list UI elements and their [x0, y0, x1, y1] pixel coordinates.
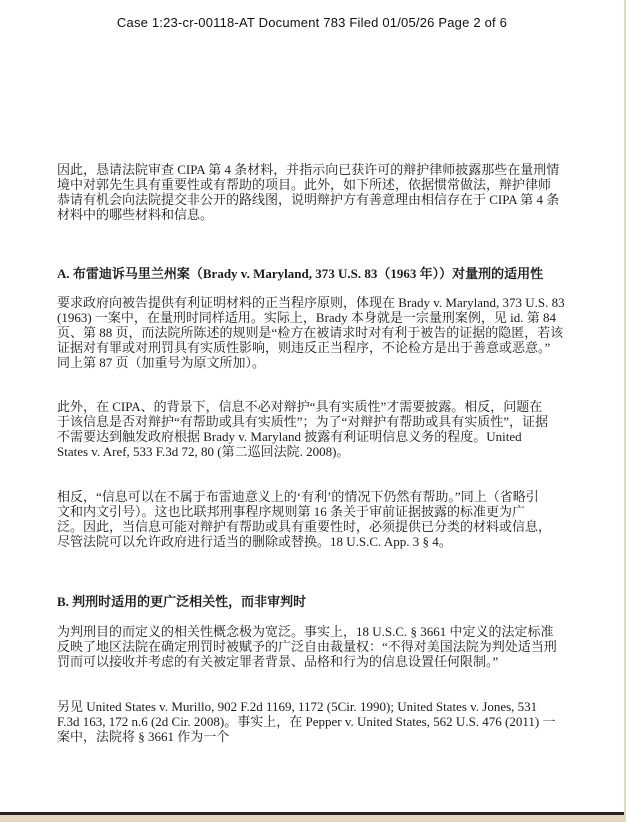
text-line: 因此，恳请法院审查 CIPA 第 4 条材料，并指示向已获许可的辩护律师披露那些… — [57, 162, 573, 177]
text-line: 案中，法院将 § 3661 作为一个 — [57, 729, 573, 744]
text-line: 反映了地区法院在确定刑罚时被赋予的广泛自由裁量权：“不得对美国法院为判处适当刑 — [57, 639, 573, 654]
text-line: 恭请有机会向法院提交非公开的路线图，说明辩护方有善意理由相信存在于 CIPA 第… — [57, 192, 573, 207]
text-line: (1963) 一案中，在量刑时同样适用。实际上，Brady 本身就是一宗量刑案例… — [57, 310, 573, 325]
paragraph: 相反，“信息可以在不属于布雷迪意义上的‘有利’的情况下仍然有帮助。”同上（省略引… — [57, 489, 573, 549]
document-body: 因此，恳请法院审查 CIPA 第 4 条材料，并指示向已获许可的辩护律师披露那些… — [57, 162, 573, 744]
text-line: 文和内文引号）。这也比联邦刑事程序规则第 16 条关于审前证据披露的标准更为广 — [57, 504, 573, 519]
section-heading-a: A. 布雷迪诉马里兰州案（Brady v. Maryland, 373 U.S.… — [57, 266, 573, 281]
text-line: 不需要达到触发政府根据 Brady v. Maryland 披露有利证明信息义务… — [57, 429, 573, 444]
text-line: 此外，在 CIPA、的背景下，信息不必对辩护“具有实质性”才需要披露。相反，问题… — [57, 399, 573, 414]
text-line: 另见 United States v. Murillo, 902 F.2d 11… — [57, 699, 573, 714]
text-line: 页、第 88 页，而法院所陈述的规则是“检方在被请求时对有利于被告的证据的隐匿，… — [57, 325, 573, 340]
text-line: 相反，“信息可以在不属于布雷迪意义上的‘有利’的情况下仍然有帮助。”同上（省略引 — [57, 489, 573, 504]
text-line: 为判刑目的而定义的相关性概念极为宽泛。事实上，18 U.S.C. § 3661 … — [57, 624, 573, 639]
case-caption-header: Case 1:23-cr-00118-AT Document 783 Filed… — [0, 15, 624, 30]
text-line: 证据对有罪或对刑罚具有实质性影响，则违反正当程序，不论检方是出于善意或恶意。” — [57, 340, 573, 355]
section-heading-b: B. 判刑时适用的更广泛相关性，而非审判时 — [57, 594, 573, 609]
text-line: 尽管法院可以允许政府进行适当的删除或替换。18 U.S.C. App. 3 § … — [57, 534, 573, 549]
text-line: 同上第 87 页（加重号为原文所加）。 — [57, 355, 573, 370]
text-line: F.3d 163, 172 n.6 (2d Cir. 2008)。事实上，在 P… — [57, 714, 573, 729]
paragraph: 因此，恳请法院审查 CIPA 第 4 条材料，并指示向已获许可的辩护律师披露那些… — [57, 162, 573, 222]
text-line: 材料中的哪些材料和信息。 — [57, 207, 573, 222]
scanned-court-document-page: { "colors": { "page_background": "#fffff… — [0, 0, 626, 822]
paragraph: 此外，在 CIPA、的背景下，信息不必对辩护“具有实质性”才需要披露。相反，问题… — [57, 399, 573, 459]
paragraph: 另见 United States v. Murillo, 902 F.2d 11… — [57, 699, 573, 744]
document-page: Case 1:23-cr-00118-AT Document 783 Filed… — [0, 0, 624, 815]
paragraph: 为判刑目的而定义的相关性概念极为宽泛。事实上，18 U.S.C. § 3661 … — [57, 624, 573, 669]
text-line: 境中对郭先生具有重要性或有帮助的项目。此外，如下所述，依据惯常做法，辩护律师 — [57, 177, 573, 192]
text-line: 要求政府向被告提供有利证明材料的正当程序原则，体现在 Brady v. Mary… — [57, 295, 573, 310]
text-line: 于该信息是否对辩护“有帮助或具有实质性”；为了“对辩护有帮助或具有实质性”，证据 — [57, 414, 573, 429]
text-line: 罚而可以接收并考虑的有关被定罪者背景、品格和行为的信息设置任何限制。” — [57, 654, 573, 669]
paragraph: 要求政府向被告提供有利证明材料的正当程序原则，体现在 Brady v. Mary… — [57, 295, 573, 370]
text-line: States v. Aref, 533 F.3d 72, 80 (第二巡回法院.… — [57, 444, 573, 459]
text-line: 泛。因此，当信息可能对辩护有帮助或具有重要性时，必须提供已分类的材料或信息， — [57, 519, 573, 534]
